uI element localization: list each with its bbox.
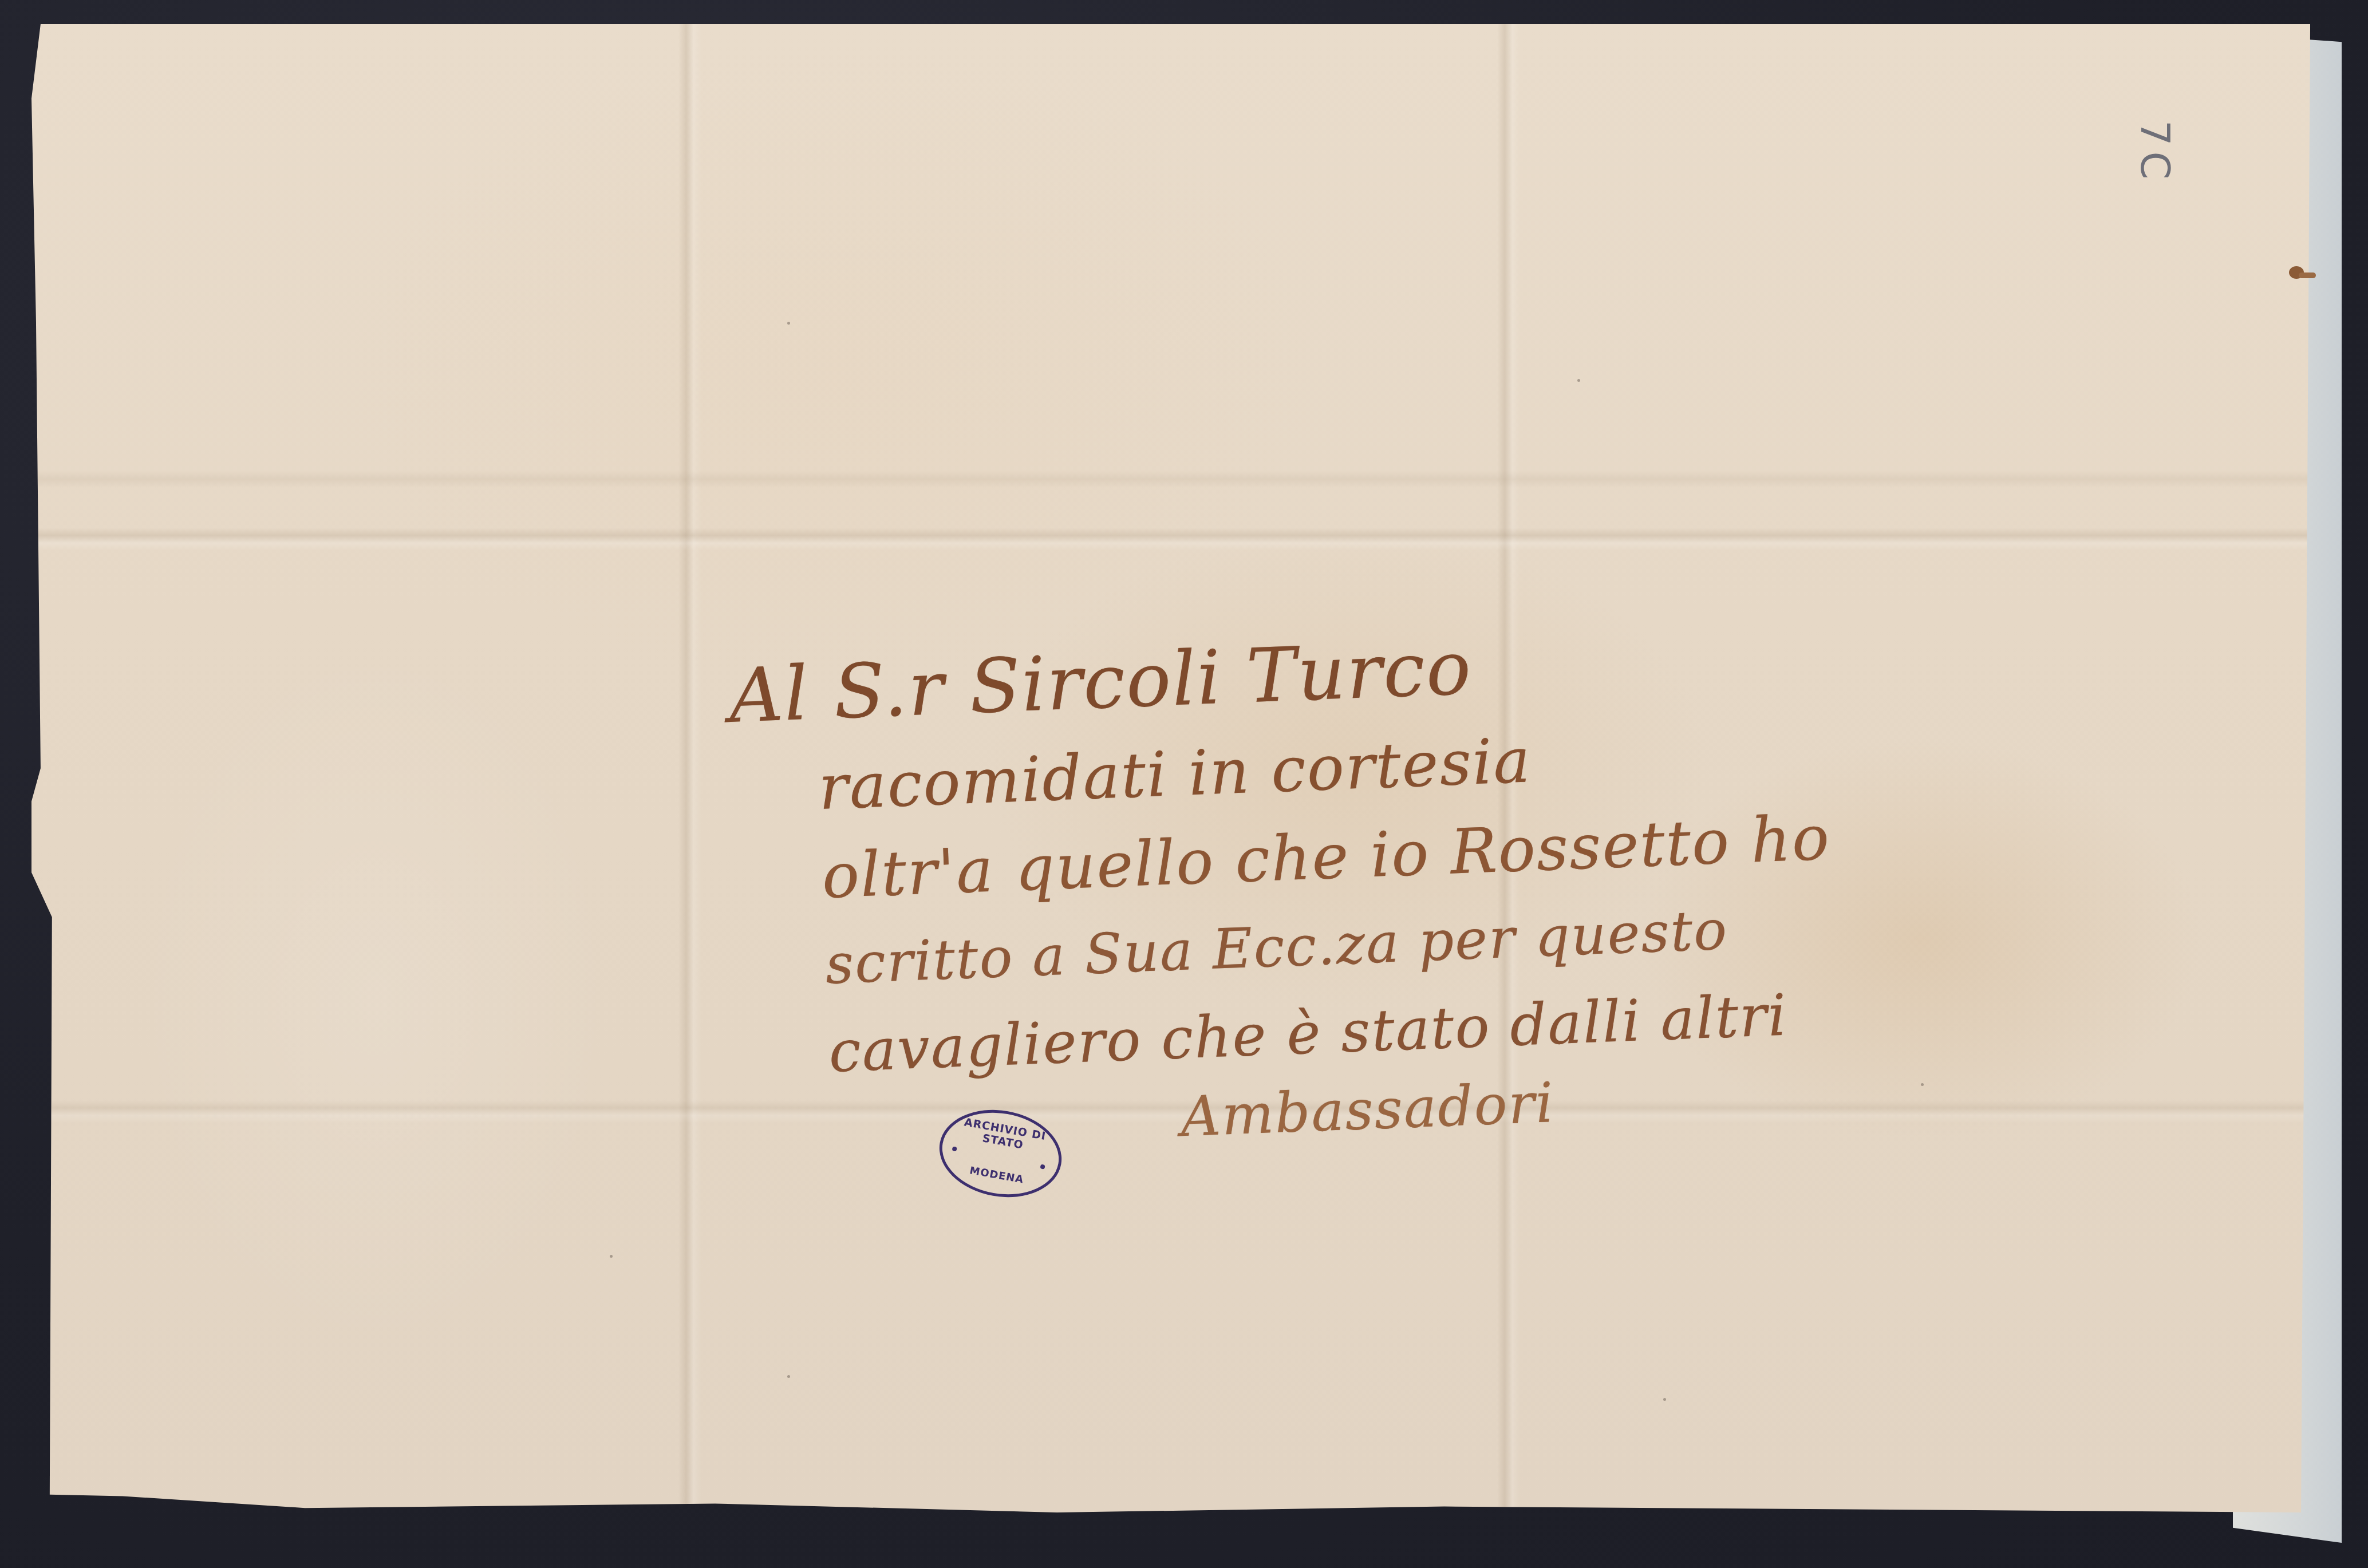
horizontal-fold-crease: [31, 1100, 2310, 1123]
horizontal-fold-crease: [31, 471, 2310, 488]
ink-blot-tail: [2299, 272, 2316, 278]
stamp-dot-icon: [952, 1146, 957, 1151]
vertical-fold-crease: [678, 24, 701, 1512]
horizontal-fold-crease: [31, 528, 2310, 551]
stamp-dot-icon: [1040, 1164, 1045, 1169]
pencil-folio-mark: 7C: [2132, 120, 2178, 185]
